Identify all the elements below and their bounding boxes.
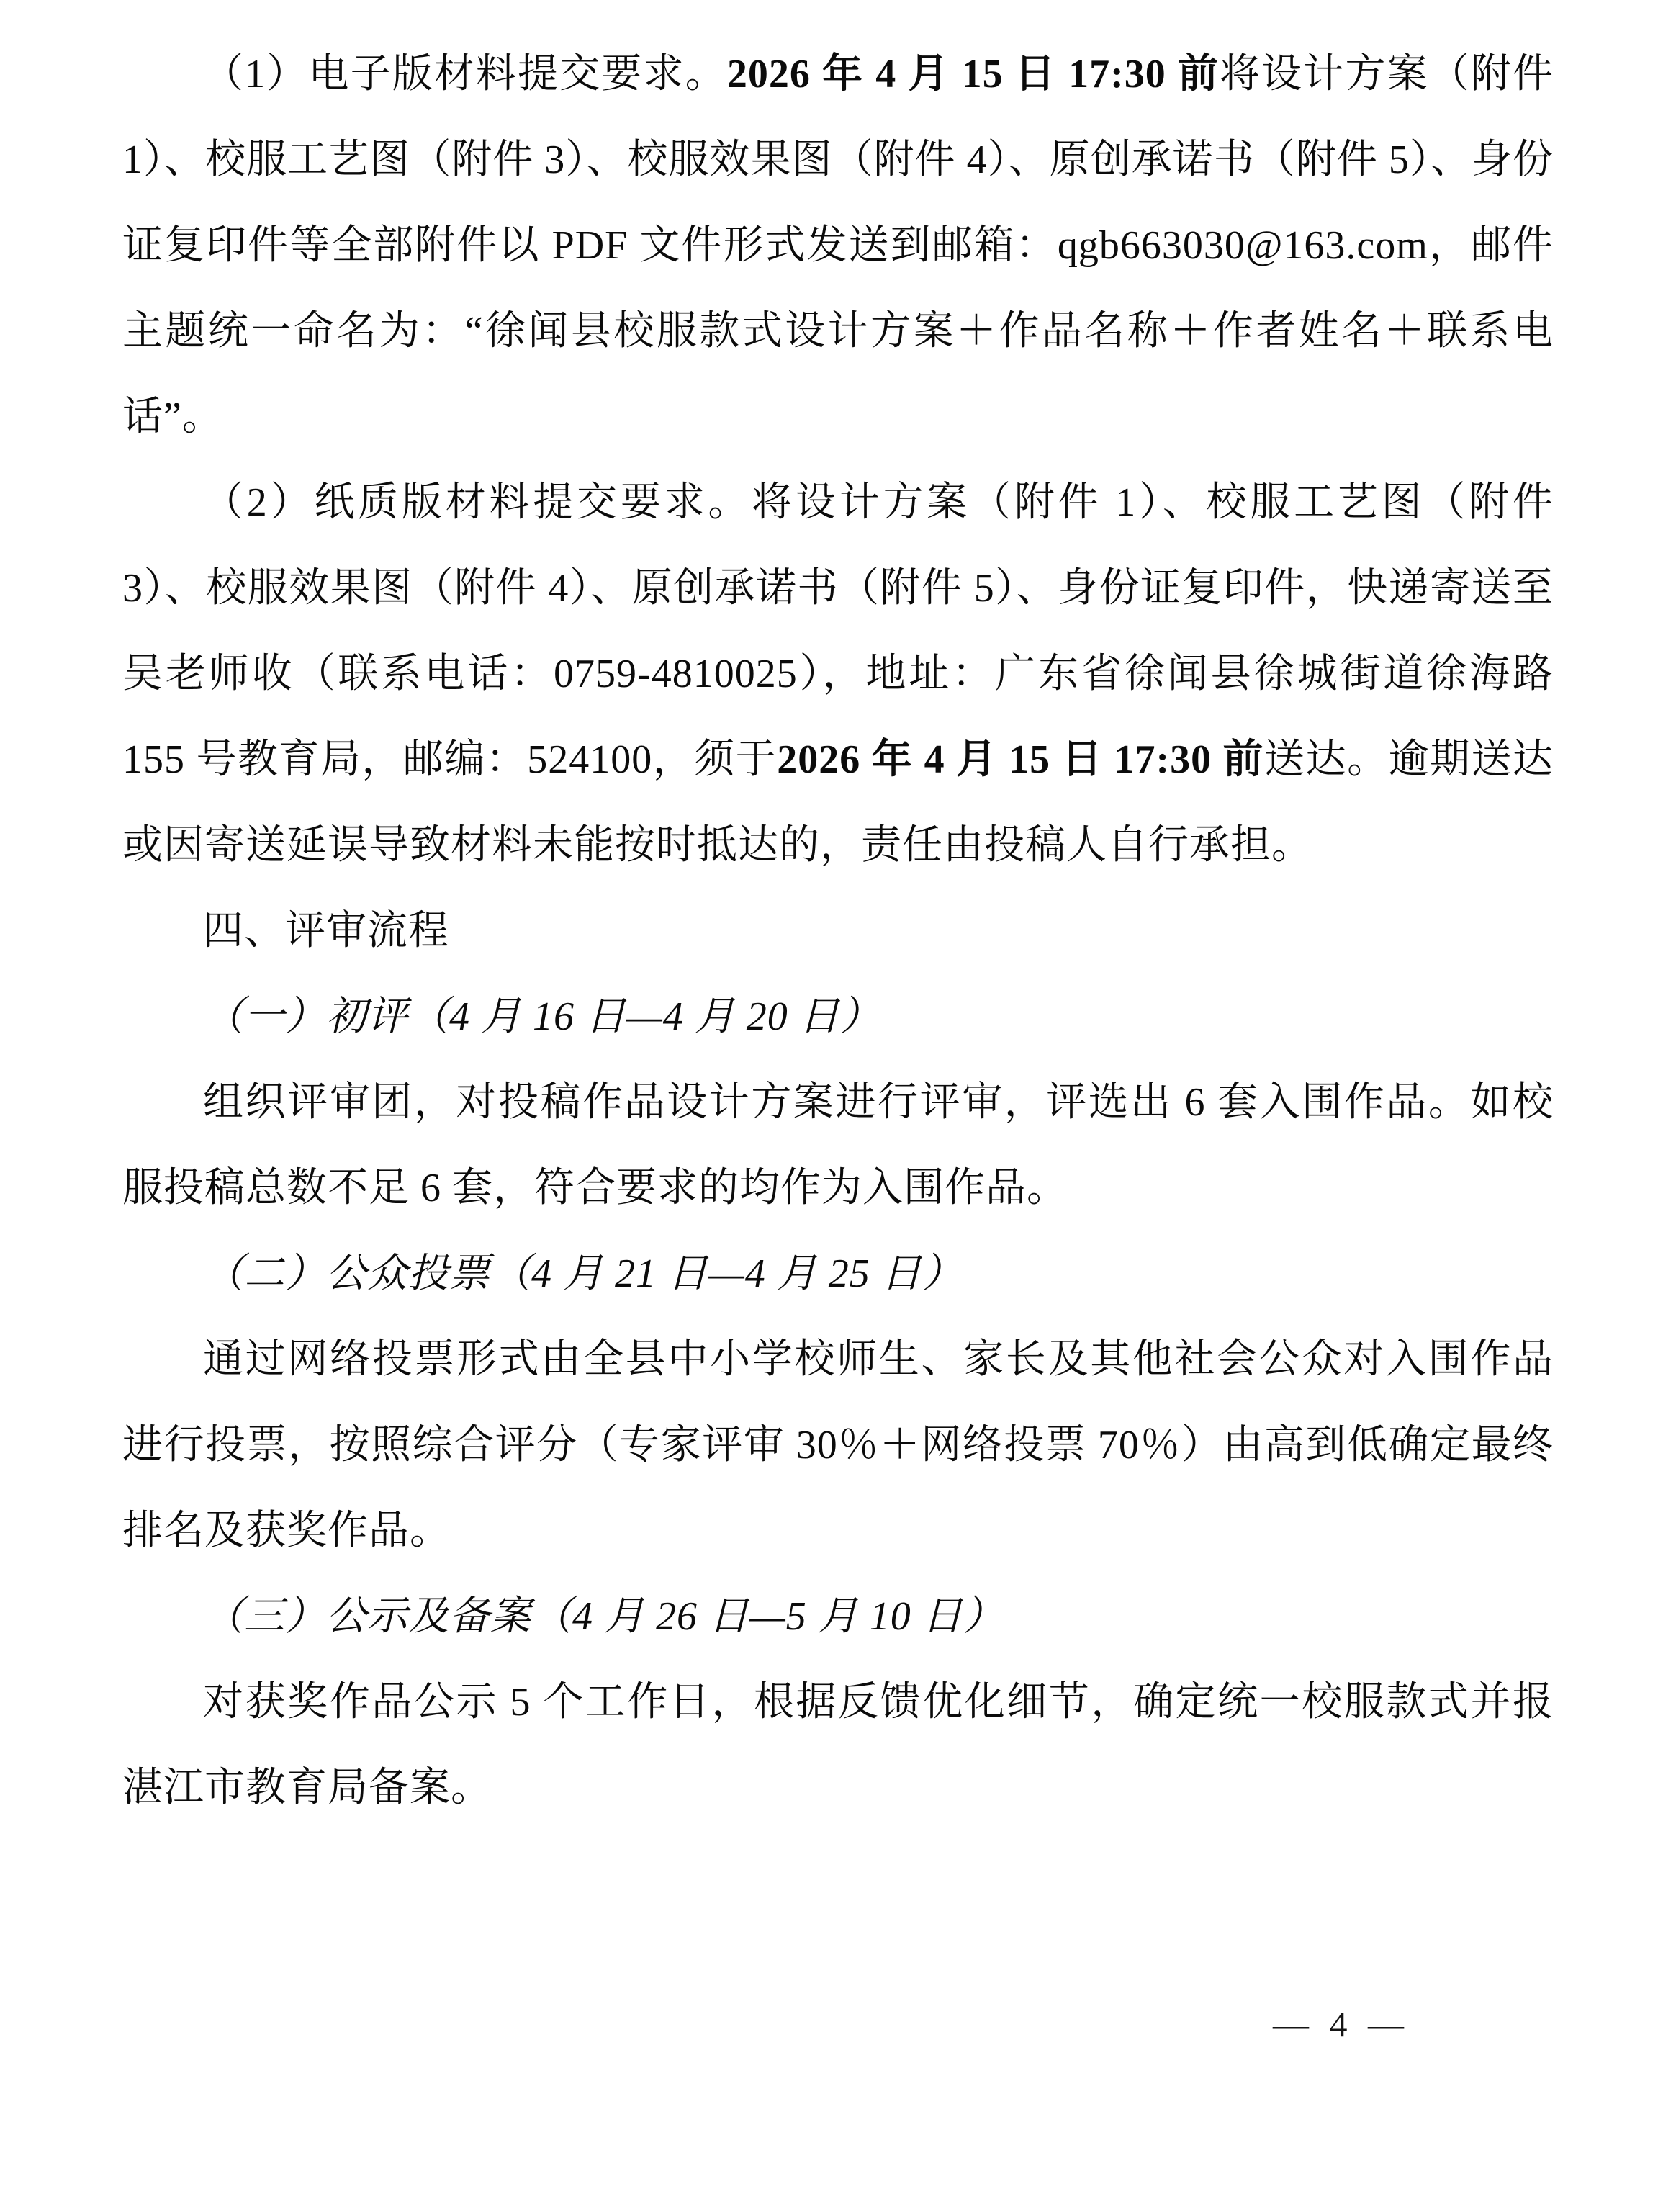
heading-public-voting: （二）公众投票（4 月 21 日—4 月 25 日）	[122, 1231, 1554, 1317]
document-page: （1）电子版材料提交要求。2026 年 4 月 15 日 17:30 前将设计方…	[0, 0, 1658, 2212]
text-segment: 将设计方案（附件 1）、校服工艺图（附件 3）、校服效果图（附件 4）、原创承诺…	[122, 52, 1554, 439]
deadline-emphasis: 2026 年 4 月 15 日 17:30 前	[777, 737, 1264, 782]
page-number: — 4 —	[1273, 2003, 1410, 2045]
heading-publicity-filing: （三）公示及备案（4 月 26 日—5 月 10 日）	[122, 1574, 1554, 1660]
deadline-emphasis: 2026 年 4 月 15 日 17:30 前	[727, 52, 1220, 96]
heading-preliminary-review: （一）初评（4 月 16 日—4 月 20 日）	[122, 974, 1554, 1060]
heading-review-process: 四、评审流程	[122, 889, 1554, 974]
para-public-voting: 通过网络投票形式由全县中小学校师生、家长及其他社会公众对入围作品进行投票，按照综…	[122, 1317, 1554, 1574]
para-paper-submission: （2）纸质版材料提交要求。将设计方案（附件 1）、校服工艺图（附件 3）、校服效…	[122, 460, 1554, 889]
para-preliminary-review: 组织评审团，对投稿作品设计方案进行评审，评选出 6 套入围作品。如校服投稿总数不…	[122, 1060, 1554, 1231]
document-body: （1）电子版材料提交要求。2026 年 4 月 15 日 17:30 前将设计方…	[122, 32, 1554, 1831]
para-publicity-filing: 对获奖作品公示 5 个工作日，根据反馈优化细节，确定统一校服款式并报湛江市教育局…	[122, 1660, 1554, 1831]
text-segment: （1）电子版材料提交要求。	[203, 52, 727, 96]
para-electronic-submission: （1）电子版材料提交要求。2026 年 4 月 15 日 17:30 前将设计方…	[122, 32, 1554, 460]
